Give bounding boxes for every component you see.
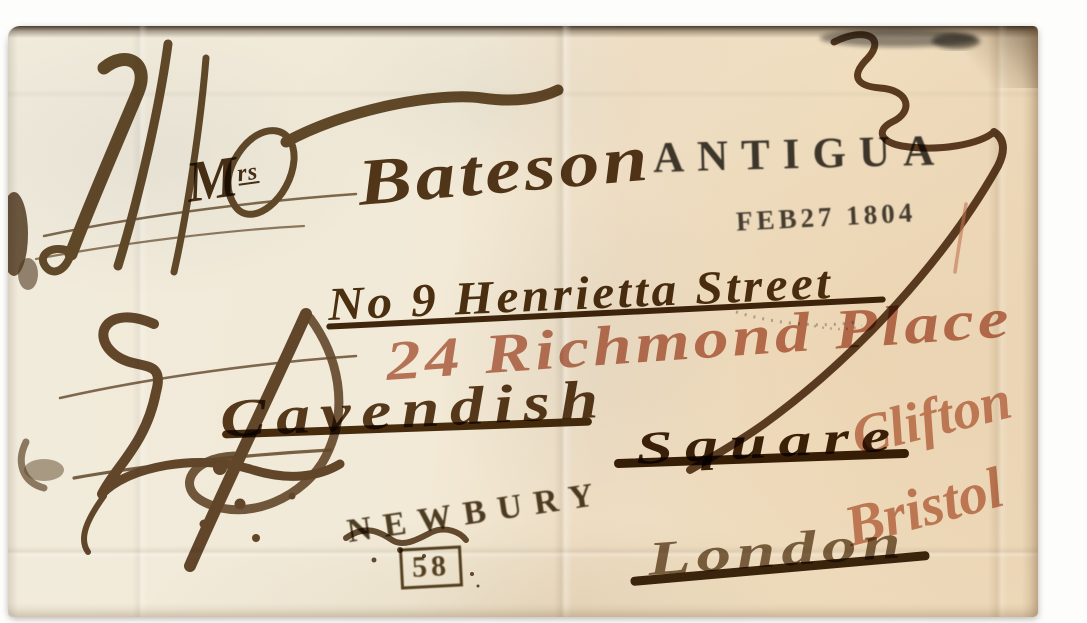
redirect-richmond-place: 24 Richmond Place [384,286,1015,394]
fold-line-vertical-center [554,26,572,617]
fold-line-vertical-left [132,26,148,617]
mileage-number: 58 [399,545,463,589]
paper-edge-left [8,26,18,617]
fold-line-horizontal [8,546,1038,558]
pen-flourish-3 [690,35,1003,470]
strike-henrietta [326,296,886,329]
recipient-title-superscript: rs [235,158,260,188]
fold-line-horizontal-top [8,90,1038,98]
fold-line-vertical-right [988,26,1008,617]
address-line-henrietta: No 9 Henrietta Street [327,256,834,332]
recipient-name: Bateson [355,121,655,222]
ink-blots [24,459,296,542]
mileage-number-box: 58 [399,548,463,585]
paper-edge-bottom [8,603,1038,617]
letter-cover: Mrs Bateson ANTIGUA FEB27 1804 No 9 Henr… [8,26,1038,617]
paper-edge-right [1022,26,1038,617]
recipient-title: Mrs [182,139,263,215]
faint-postmark-traces [736,312,862,329]
newbury-mileage-stamp: NEWBURY [345,475,608,551]
strike-cavendish [222,418,592,439]
strike-square [614,449,909,468]
redirect-bristol: Bristol [837,453,1010,559]
strike-london [630,551,930,586]
red-crayon-1 [955,204,966,272]
scanned-postal-cover: Mrs Bateson ANTIGUA FEB27 1804 No 9 Henr… [0,0,1087,623]
antigua-datestamp-date: FEB27 1804 [735,197,917,237]
manuscript-marks-layer [8,26,1038,617]
redirect-clifton: Clifton [845,368,1018,469]
rate-mark-2-10 [8,44,558,290]
recipient-title-main: M [182,143,242,215]
address-line-cavendish: Cavendish [218,368,609,450]
antigua-datestamp: ANTIGUA [652,126,947,183]
address-line-london: London [646,514,908,587]
address-line-square: Square [635,408,903,475]
rate-mark-2 [21,314,356,566]
bottom-squiggle [346,530,480,588]
